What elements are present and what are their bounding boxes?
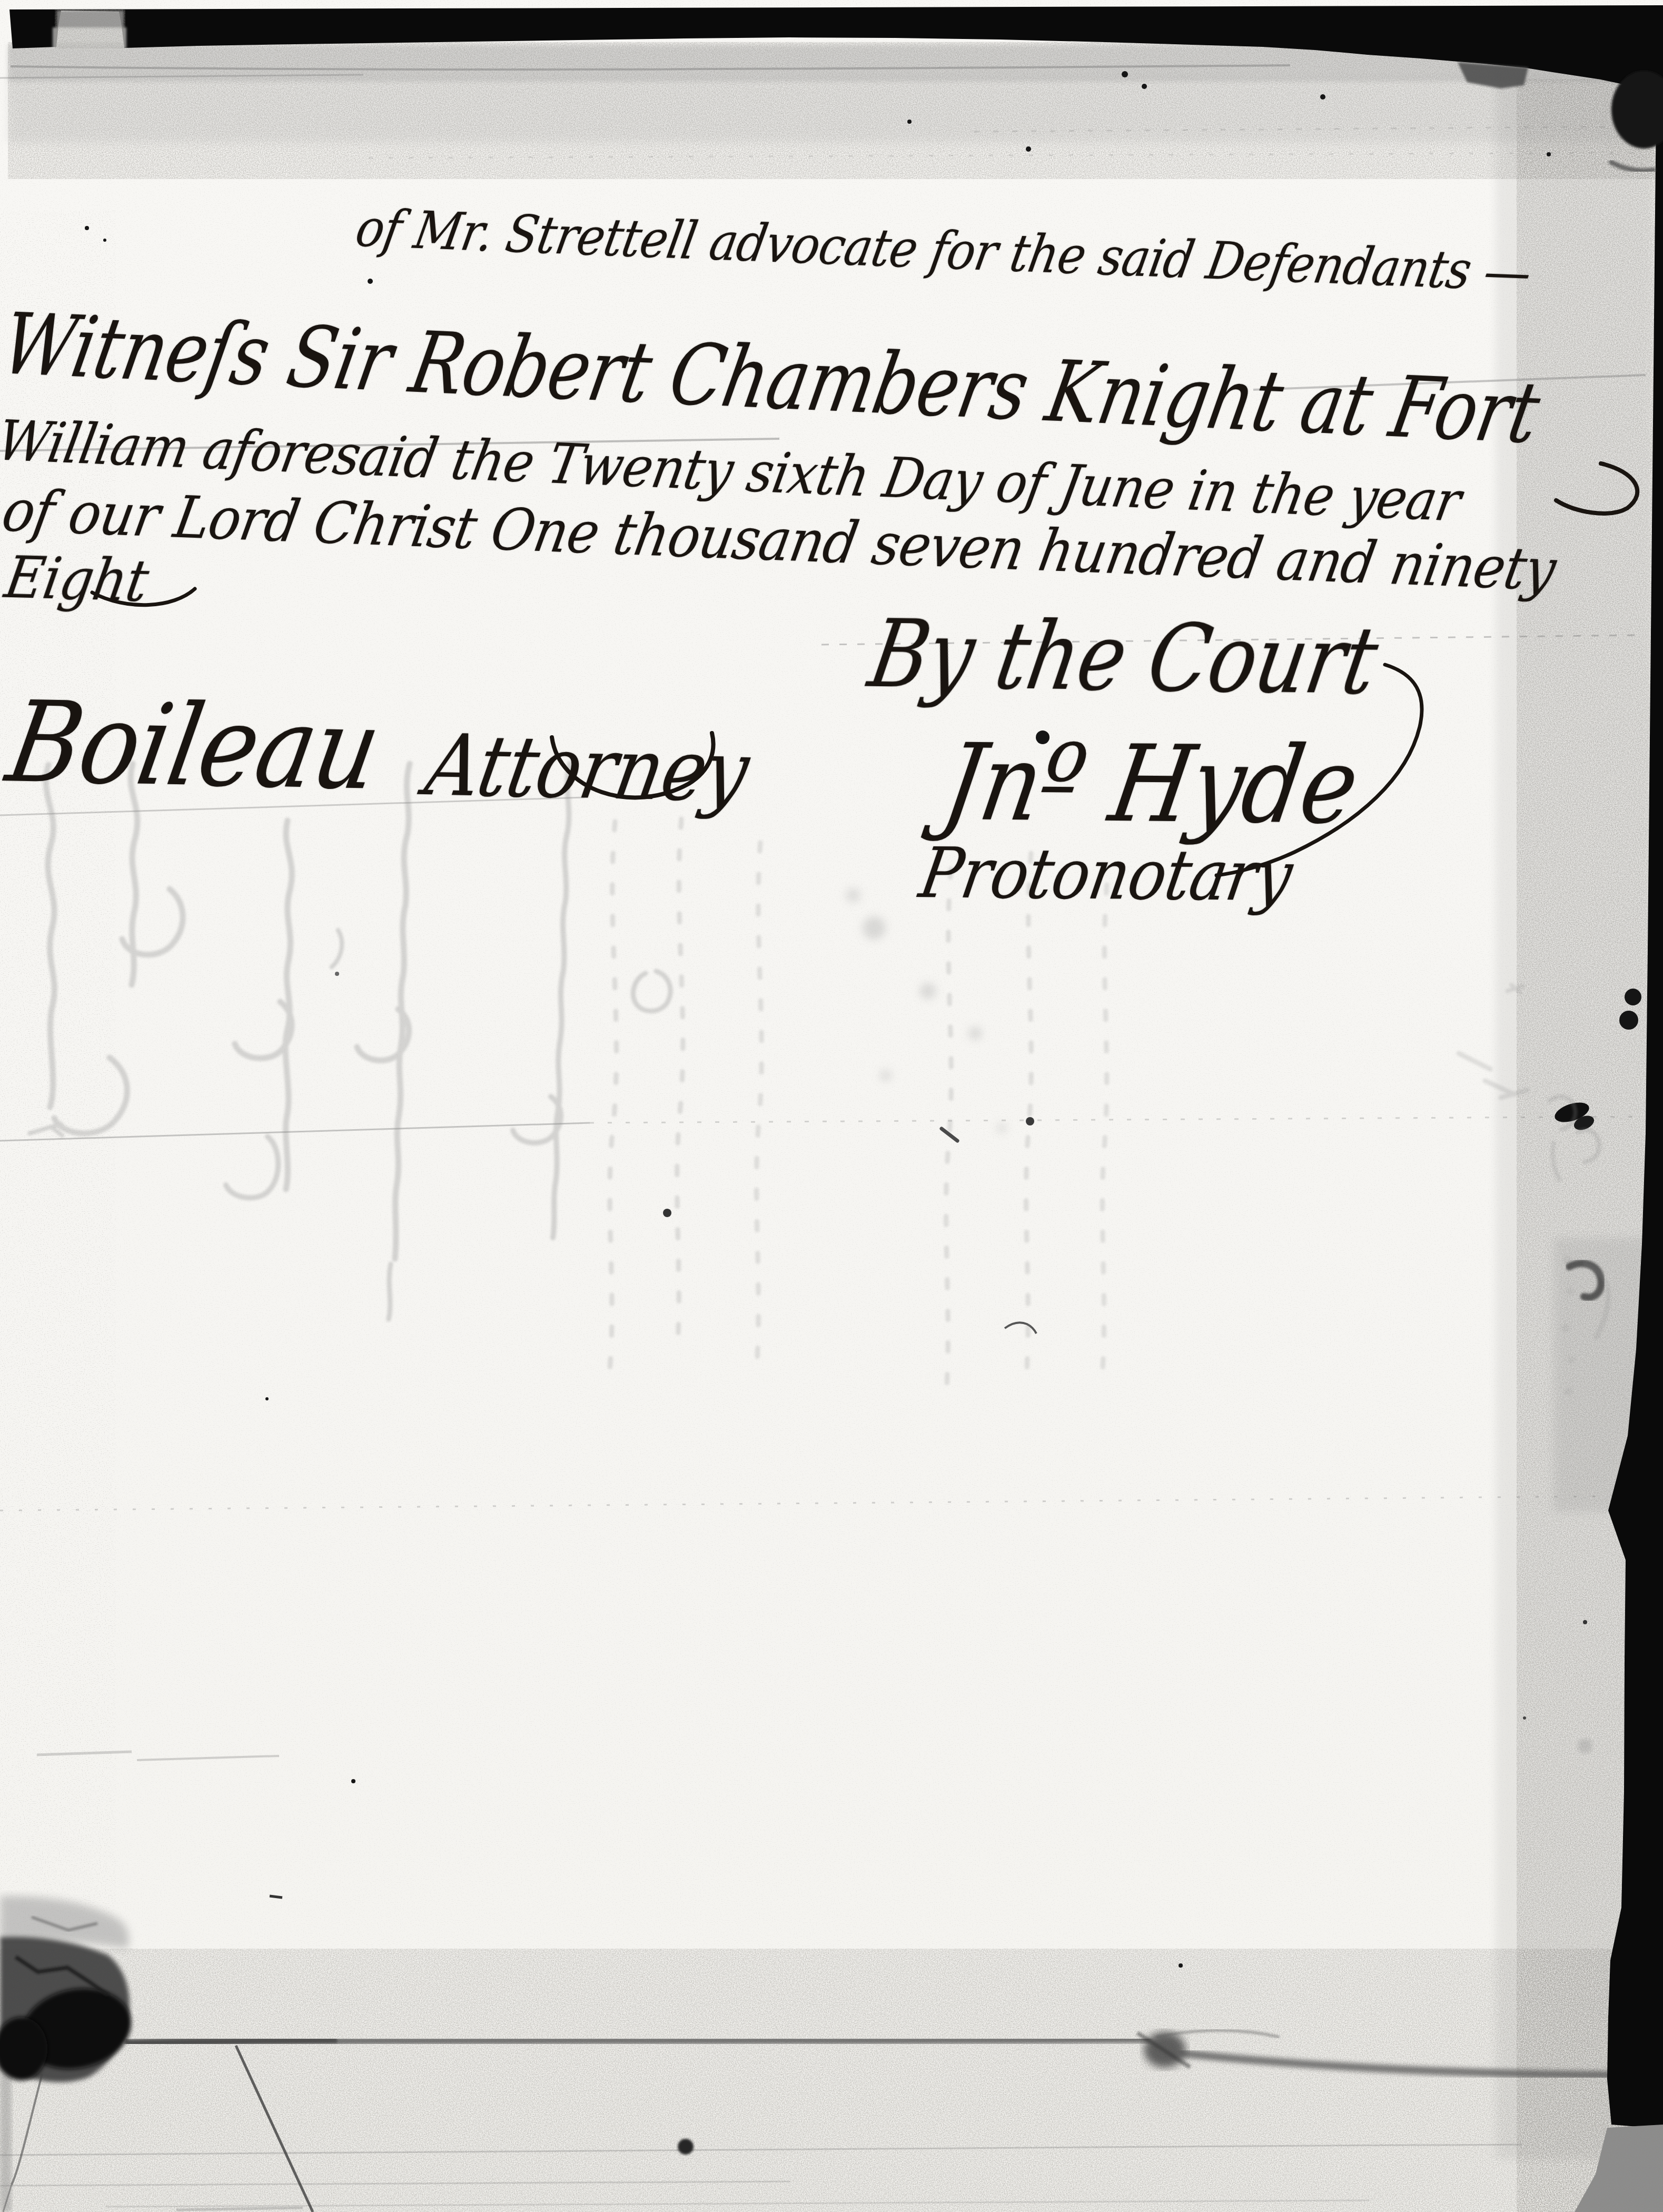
scan-border-right <box>1607 71 1663 2129</box>
scanned-document-page: of Mr. Strettell advocate for the said D… <box>0 0 1663 2212</box>
scan-borders-over <box>0 0 1663 2212</box>
scan-corner-bottom-right <box>1575 2125 1663 2212</box>
scan-border-top <box>9 5 1663 92</box>
